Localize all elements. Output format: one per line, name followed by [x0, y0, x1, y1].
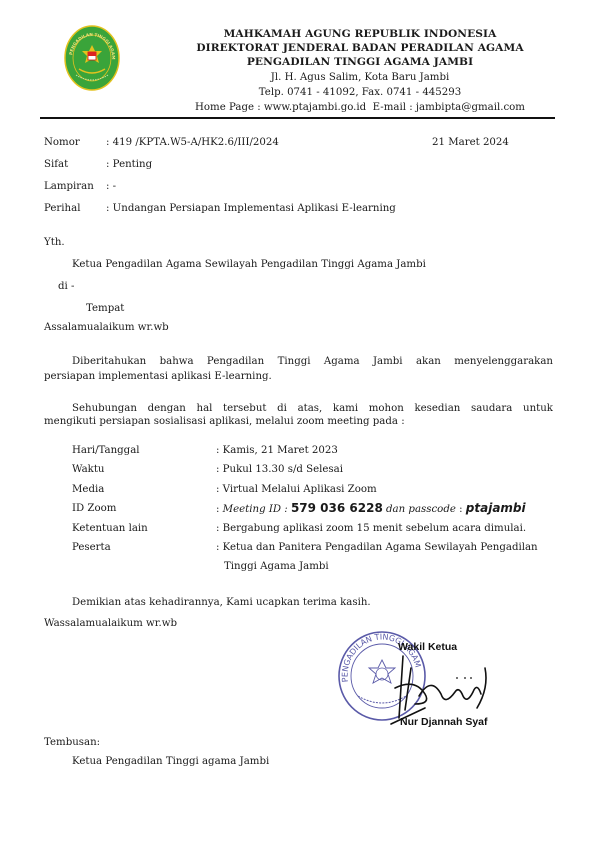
zoom-meeting-id: 579 036 6228	[291, 501, 383, 515]
recipient-di: di -	[58, 281, 74, 292]
hari-label: Hari/Tanggal	[72, 445, 140, 456]
nomor-label: Nomor	[44, 137, 80, 148]
letterhead-line1: MAHKAMAH AGUNG REPUBLIK INDONESIA	[150, 28, 570, 40]
signature-title: Wakil Ketua	[398, 641, 457, 653]
lampiran-label: Lampiran	[44, 181, 94, 192]
media-label: Media	[72, 484, 104, 495]
letterhead-line2: DIREKTORAT JENDERAL BADAN PERADILAN AGAM…	[150, 42, 570, 54]
closing-thanks: Demikian atas kehadirannya, Kami ucapkan…	[72, 597, 371, 608]
letterhead-address: Jl. H. Agus Salim, Kota Baru Jambi	[150, 72, 570, 83]
tembusan-label: Tembusan:	[44, 737, 100, 748]
yth-label: Yth.	[44, 237, 65, 248]
letterhead-line3: PENGADILAN TINGGI AGAMA JAMBI	[150, 56, 570, 68]
signature-name: Nur Djannah Syaf	[400, 716, 488, 728]
ketentuan-value: : Bergabung aplikasi zoom 15 menit sebel…	[216, 523, 526, 534]
waktu-value: : Pukul 13.30 s/d Selesai	[216, 464, 343, 475]
perihal-value: : Undangan Persiapan Implementasi Aplika…	[106, 203, 396, 214]
zoom-value: : Meeting ID : 579 036 6228 dan passcode…	[216, 501, 526, 515]
sifat-label: Sifat	[44, 159, 68, 170]
zoom-passcode: ptajambi	[466, 501, 526, 515]
tembusan-item: Ketua Pengadilan Tinggi agama Jambi	[72, 756, 269, 767]
recipient-tempat: Tempat	[86, 303, 124, 314]
hari-value: : Kamis, 21 Maret 2023	[216, 445, 338, 456]
header-divider	[40, 117, 555, 119]
zoom-meeting-text: Meeting ID :	[223, 504, 291, 515]
paragraph-1-line-2: persiapan implementasi aplikasi E-learni…	[44, 371, 272, 382]
zoom-prefix: :	[216, 504, 223, 515]
paragraph-2-line-2: mengikuti persiapan sosialisasi aplikasi…	[44, 416, 405, 427]
lampiran-value: : -	[106, 181, 116, 192]
letter-date: 21 Maret 2024	[432, 137, 509, 148]
peserta-value-line-2: Tinggi Agama Jambi	[224, 561, 329, 572]
perihal-label: Perihal	[44, 203, 80, 214]
waktu-label: Waktu	[72, 464, 105, 475]
nomor-value: : 419 /KPTA.W5-A/HK2.6/III/2024	[106, 137, 279, 148]
zoom-passcode-text: dan passcode	[383, 504, 456, 515]
letterhead-phone: Telp. 0741 - 41092, Fax. 0741 - 445293	[150, 87, 570, 98]
peserta-label: Peserta	[72, 542, 111, 553]
closing-salam: Wassalamualaikum wr.wb	[44, 618, 177, 629]
greeting: Assalamualaikum wr.wb	[44, 322, 169, 333]
paragraph-1-line-1: Diberitahukan bahwa Pengadilan Tinggi Ag…	[72, 353, 553, 371]
zoom-colon: :	[456, 504, 466, 515]
ketentuan-label: Ketentuan lain	[72, 523, 148, 534]
letterhead-web-email: Home Page : www.ptajambi.go.id E-mail : …	[150, 102, 570, 113]
recipient-name: Ketua Pengadilan Agama Sewilayah Pengadi…	[72, 259, 426, 270]
media-value: : Virtual Melalui Aplikasi Zoom	[216, 484, 377, 495]
zoom-label: ID Zoom	[72, 503, 116, 514]
sifat-value: : Penting	[106, 159, 152, 170]
peserta-value-line-1: : Ketua dan Panitera Pengadilan Agama Se…	[216, 542, 538, 553]
mahkamah-agung-emblem-icon: PENGADILAN TINGGI AGAMA JAMBI	[64, 25, 120, 91]
